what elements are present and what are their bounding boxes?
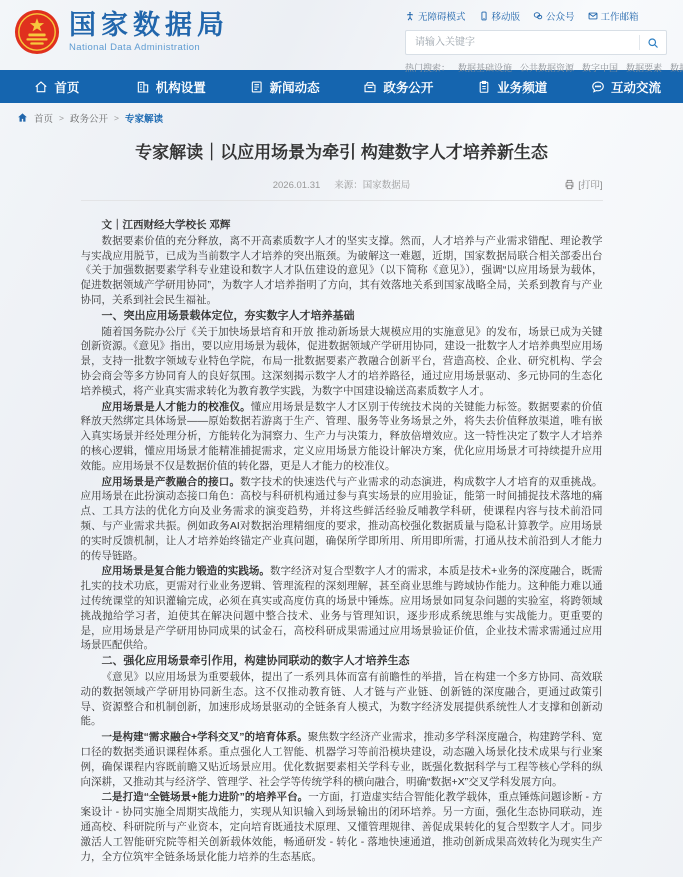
breadcrumb-item-gov-info[interactable]: 政务公开 [70, 111, 108, 125]
nav-item-news[interactable]: 新闻动态 [228, 70, 342, 103]
breadcrumb-item-home[interactable]: 首页 [34, 111, 53, 125]
nav-item-label: 新闻动态 [270, 78, 320, 96]
section-heading: 二、强化应用场景牵引作用，构建协同联动的数字人才培养生态 [81, 654, 603, 669]
section-heading-text: 二、强化应用场景牵引作用，构建协同联动的数字人才培养生态 [102, 655, 410, 667]
breadcrumb-home-icon[interactable] [17, 112, 28, 123]
article-title: 专家解读｜以应用场景为牵引 构建数字人才培养新生态 [81, 142, 603, 164]
print-label: [打印] [578, 177, 602, 191]
site-header: 国家数据局 National Data Administration 无障碍模式… [0, 0, 683, 70]
paragraph-text: 数字技术的快速迭代与产业需求的动态演进，构成数字人才培育的双重挑战。应用场景在此… [81, 476, 603, 562]
home-icon [34, 80, 48, 94]
title-divider [81, 200, 603, 201]
section-heading: 一、突出应用场景载体定位，夯实数字人才培养基础 [81, 309, 603, 324]
nav-item-interaction[interactable]: 互动交流 [569, 70, 683, 103]
nav-item-label: 机构设置 [156, 78, 206, 96]
article-paragraph: 一是构建“需求融合+学科交叉”的培育体系。聚焦数字经济产业需求，推动多学科深度融… [81, 730, 603, 789]
article-body: 文｜江西财经大学校长 邓辉 数据要素价值的充分释放，离不开高素质数字人才的坚实支… [81, 218, 603, 864]
article-paragraph: 应用场景是人才能力的校准仪。懂应用场景是数字人才区别于传统技术岗的关键能力标签。… [81, 400, 603, 474]
nav-item-label: 互动交流 [611, 78, 661, 96]
paragraph-text: 数据要素价值的充分释放，离不开高素质数字人才的坚实支撑。然而，人才培养与产业需求… [81, 235, 603, 306]
nav-item-gov-info[interactable]: 政务公开 [341, 70, 455, 103]
article-paragraph: 数据要素价值的充分释放，离不开高素质数字人才的坚实支撑。然而，人才培养与产业需求… [81, 234, 603, 308]
site-logo[interactable]: 国家数据局 National Data Administration [14, 9, 229, 55]
article-byline: 文｜江西财经大学校长 邓辉 [81, 218, 603, 233]
mail-icon [588, 11, 598, 21]
mobile-version-link[interactable]: 移动版 [479, 9, 521, 23]
accessibility-mode-link[interactable]: 无障碍模式 [405, 9, 466, 23]
main-navigation: 首页 机构设置 新闻动态 政务公开 业务频道 互动交流 [0, 70, 683, 103]
paragraph-text: 《意见》以应用场景为重要载体，提出了一系列具体而富有前瞻性的举措，旨在构建一个多… [81, 671, 603, 727]
gov-icon [363, 80, 377, 94]
paragraph-lead: 一是构建“需求融合+学科交叉”的培育体系。 [102, 731, 308, 743]
header-right: 无障碍模式 移动版 公众号 工作邮箱 [405, 9, 667, 74]
article-paragraph: 应用场景是复合能力锻造的实践场。数字经济对复合型数字人才的需求，本质是技术+业务… [81, 564, 603, 653]
article-meta: 2026.01.31来源：国家数据局 [打印] [81, 177, 603, 191]
national-emblem-icon [14, 9, 60, 55]
nav-item-label: 首页 [54, 78, 79, 96]
search-icon [647, 37, 659, 49]
article-paragraph: 《意见》以应用场景为重要载体，提出了一系列具体而富有前瞻性的举措，旨在构建一个多… [81, 670, 603, 729]
paragraph-text: 数字经济对复合型数字人才的需求，本质是技术+业务的深度融合，既需扎实的技术功底，… [81, 565, 603, 651]
printer-icon [564, 179, 575, 190]
nav-item-business-channel[interactable]: 业务频道 [455, 70, 569, 103]
article-paragraph: 应用场景是产教融合的接口。数字技术的快速迭代与产业需求的动态演进，构成数字人才培… [81, 475, 603, 564]
search-button[interactable] [639, 35, 659, 50]
nav-item-organization[interactable]: 机构设置 [114, 70, 228, 103]
paragraph-lead: 应用场景是复合能力锻造的实践场。 [102, 565, 270, 577]
quick-link-label: 无障碍模式 [418, 9, 466, 23]
nav-item-home[interactable]: 首页 [0, 70, 114, 103]
breadcrumb: 首页 > 政务公开 > 专家解读 [0, 103, 683, 132]
org-icon [136, 80, 150, 94]
paragraph-text: 随着国务院办公厅《关于加快场景培育和开放 推动新场景大规模应用的实施意见》的发布… [81, 326, 603, 397]
mobile-icon [479, 11, 489, 21]
article-paragraph: 二是打造“全链场景+能力进阶”的培养平台。一方面，打造虚实结合智能化教学载体，重… [81, 790, 603, 864]
quick-link-label: 工作邮箱 [601, 9, 639, 23]
paragraph-lead: 二是打造“全链场景+能力进阶”的培养平台。 [102, 791, 309, 803]
accessibility-icon [405, 11, 415, 21]
paragraph-lead: 应用场景是产教融合的接口。 [102, 476, 241, 488]
site-title: 国家数据局 [69, 11, 229, 39]
nav-item-label: 业务频道 [497, 78, 547, 96]
article-paragraph: 随着国务院办公厅《关于加快场景培育和开放 推动新场景大规模应用的实施意见》的发布… [81, 325, 603, 399]
news-icon [250, 80, 264, 94]
article-container: 专家解读｜以应用场景为牵引 构建数字人才培养新生态 2026.01.31来源：国… [81, 142, 603, 864]
channel-icon [477, 80, 491, 94]
article-source: 来源：国家数据局 [334, 180, 410, 191]
search-bar [405, 30, 667, 55]
breadcrumb-separator: > [59, 113, 64, 123]
paragraph-lead: 应用场景是人才能力的校准仪。 [102, 401, 251, 413]
breadcrumb-item-current[interactable]: 专家解读 [125, 111, 163, 125]
quick-link-label: 公众号 [546, 9, 575, 23]
site-title-english: National Data Administration [69, 42, 229, 53]
quick-link-label: 移动版 [492, 9, 521, 23]
section-heading-text: 一、突出应用场景载体定位，夯实数字人才培养基础 [102, 310, 355, 322]
article-date: 2026.01.31 [273, 180, 321, 191]
nav-item-label: 政务公开 [383, 78, 433, 96]
work-email-link[interactable]: 工作邮箱 [588, 9, 639, 23]
wechat-icon [533, 11, 543, 21]
breadcrumb-separator: > [114, 113, 119, 123]
chat-icon [591, 80, 605, 94]
print-button[interactable]: [打印] [564, 177, 602, 191]
wechat-official-link[interactable]: 公众号 [533, 9, 575, 23]
search-input[interactable] [413, 36, 639, 49]
quick-links: 无障碍模式 移动版 公众号 工作邮箱 [405, 9, 667, 23]
